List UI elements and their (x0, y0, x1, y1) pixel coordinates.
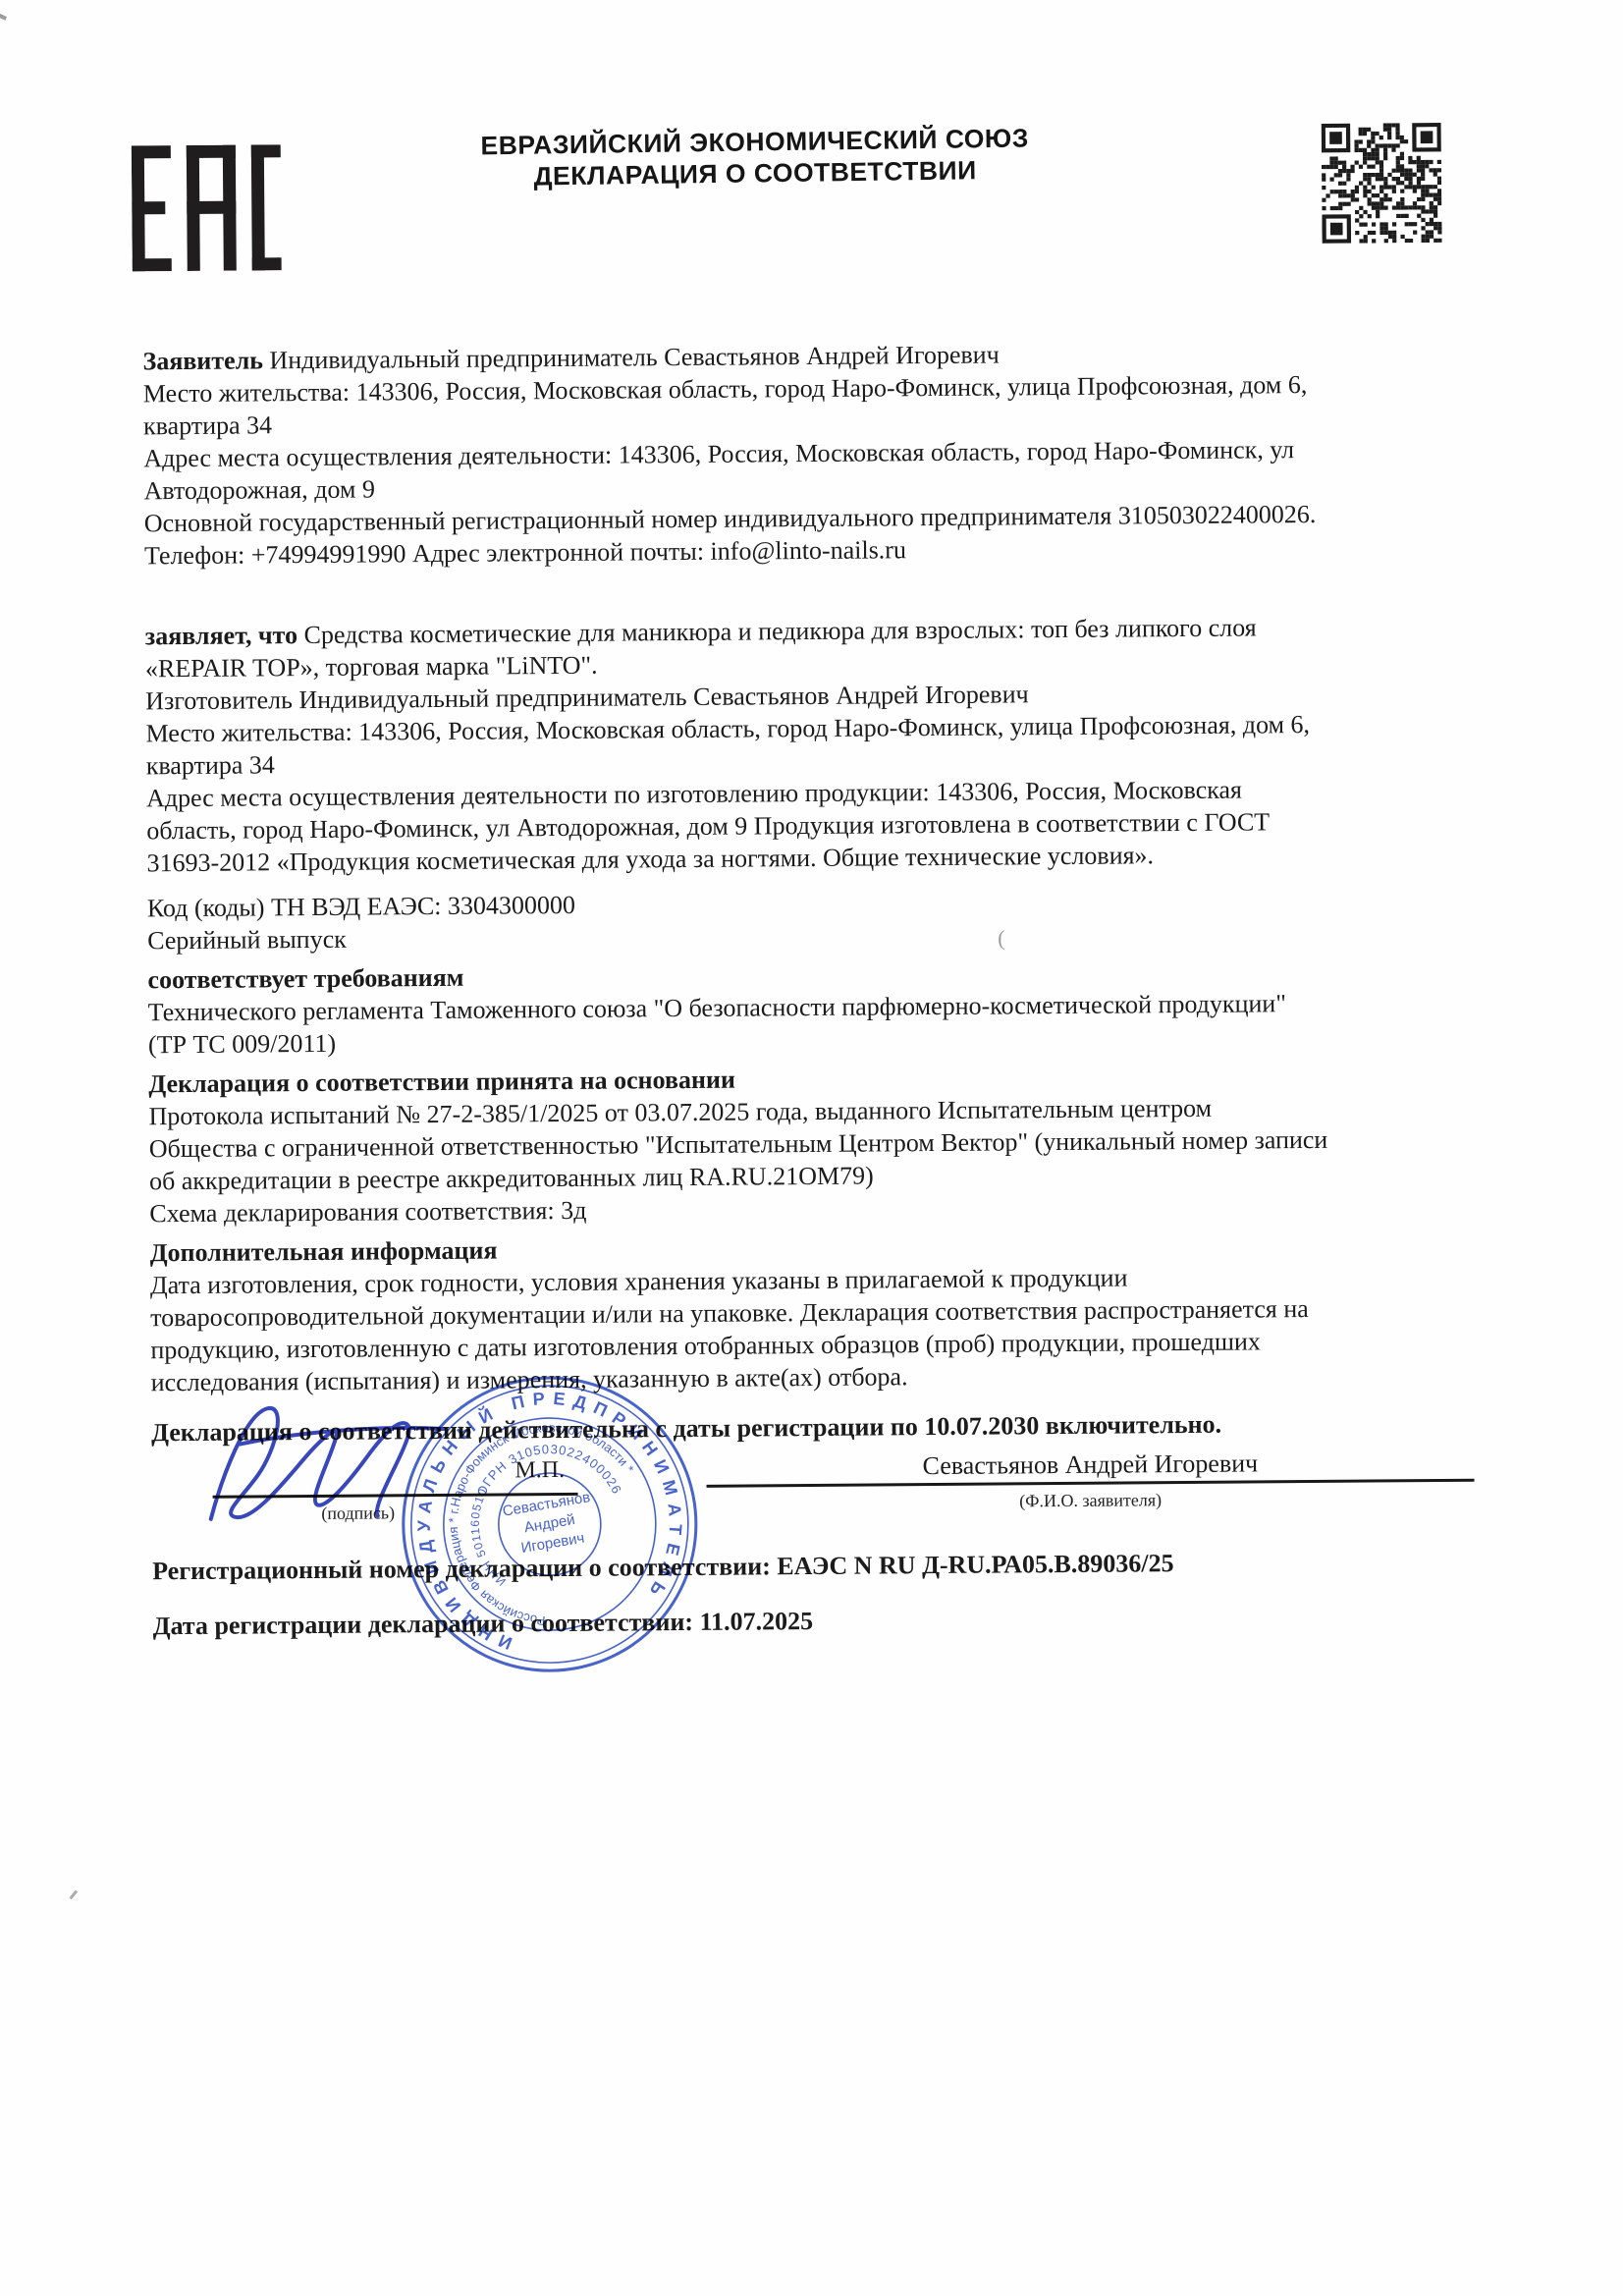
name-caption: (Ф.И.О. заявителя) (944, 1490, 1238, 1512)
compliance-text: Технического регламента Таможенного союз… (148, 986, 1491, 1062)
company-stamp: ИНДИВИДУАЛЬНЫЙ ПРЕДПРИНИМАТЕЛЬ Российска… (392, 1366, 709, 1683)
eac-mark-icon (132, 144, 282, 271)
applicant-activity-address: Адрес места осуществления деятельности: … (143, 432, 1487, 508)
document-page: ЕВРАЗИЙСКИЙ ЭКОНОМИЧЕСКИЙ СОЮЗ ДЕКЛАРАЦИ… (0, 0, 1623, 2296)
declares-label: заявляет, что (145, 621, 298, 650)
additional-text: Дата изготовления, срок годности, услови… (150, 1259, 1494, 1399)
scanned-sheet: ЕВРАЗИЙСКИЙ ЭКОНОМИЧЕСКИЙ СОЮЗ ДЕКЛАРАЦИ… (0, 0, 1623, 2296)
applicant-residence: Место жительства: 143306, Россия, Москов… (143, 367, 1487, 443)
document-title: ЕВРАЗИЙСКИЙ ЭКОНОМИЧЕСКИЙ СОЮЗ ДЕКЛАРАЦИ… (264, 119, 1247, 195)
holder-name: Севастьянов Андрей Игоревич (839, 1447, 1341, 1483)
scan-artifact-paren: ( (998, 925, 1005, 951)
scan-speck-top-left (0, 12, 7, 21)
document-body: Заявитель Индивидуальный предприниматель… (142, 335, 1493, 1399)
basis-text: Протокола испытаний № 27-2-385/1/2025 от… (148, 1090, 1492, 1198)
applicant-label: Заявитель (142, 346, 263, 375)
declares-paragraph: заявляет, что Средства косметические для… (145, 610, 1488, 685)
manufacturer-residence: Место жительства: 143306, Россия, Москов… (145, 707, 1488, 783)
applicant-name: Индивидуальный предприниматель Севастьян… (263, 340, 1000, 374)
product-description: Средства косметические для маникюра и пе… (145, 613, 1257, 683)
production-address: Адрес места осуществления деятельности п… (146, 772, 1490, 880)
qr-code-icon (1322, 123, 1442, 244)
scan-speck-bottom-left (69, 1890, 78, 1900)
